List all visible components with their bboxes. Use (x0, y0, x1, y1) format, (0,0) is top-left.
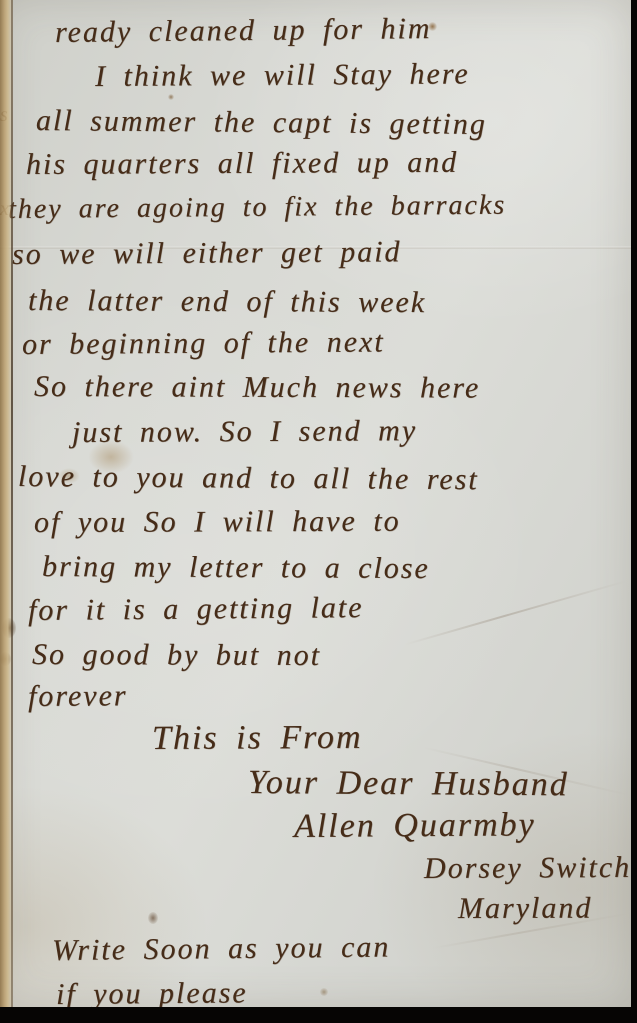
letter-line: I think we will Stay here (95, 57, 470, 94)
letter-line: of you So I will have to (34, 505, 401, 540)
letter-line: bring my letter to a close (42, 550, 430, 586)
letter-line: the latter end of this week (28, 284, 426, 320)
letter-line: so we will either get paid (12, 235, 402, 272)
letter-line: love to you and to all the rest (18, 460, 479, 497)
letter-closing-line: Your Dear Husband (248, 764, 569, 804)
letter-line: or beginning of the next (22, 325, 385, 362)
letter-line: his quarters all fixed up and (26, 146, 458, 182)
scan-edge-bottom (0, 1007, 637, 1023)
letter-closing-line: This is From (152, 719, 363, 758)
scanned-letter-page: s x ready cleaned up for him I think we … (0, 0, 637, 1023)
signature-place: Dorsey Switch (424, 851, 631, 886)
scan-edge-right (631, 0, 637, 1023)
postscript-line: Write Soon as you can (52, 930, 391, 968)
signature-name: Allen Quarmby (294, 806, 536, 846)
letter-line: for it is a getting late (28, 591, 364, 628)
letter-line: they are agoing to fix the barracks (8, 190, 506, 226)
letter-line: ready cleaned up for him (55, 12, 432, 50)
letter-line: just now. So I send my (72, 414, 417, 450)
letter-line: forever (28, 679, 128, 714)
signature-state: Maryland (458, 892, 592, 926)
letter-line: all summer the capt is getting (36, 104, 487, 142)
letter-line: So there aint Much news here (34, 370, 480, 406)
letter-line: So good by but not (32, 638, 321, 673)
page-edge-shadow (11, 0, 13, 1007)
